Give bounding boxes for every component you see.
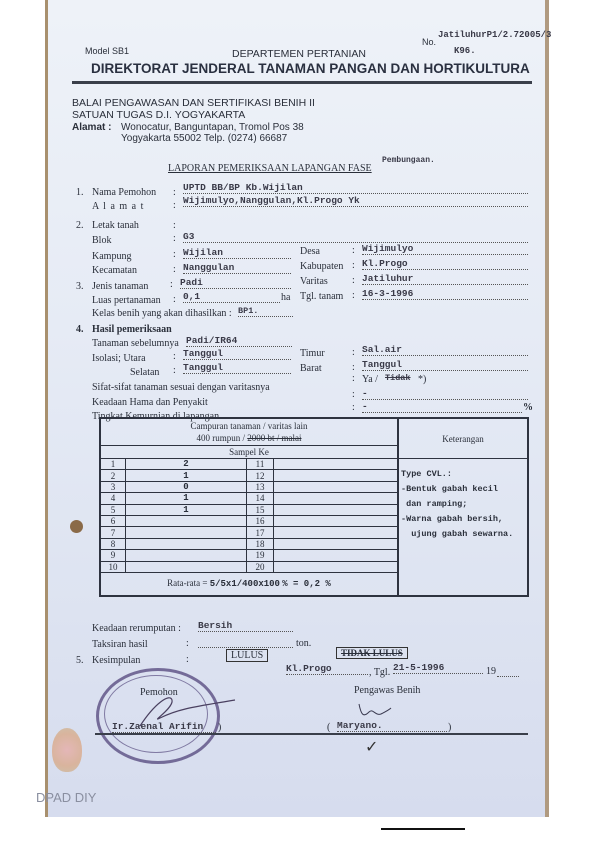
model-label: Model SB1	[85, 46, 129, 56]
taksiran-value-line	[198, 646, 293, 648]
kemurnian-value: -	[362, 401, 522, 413]
office-line1: BALAI PENGAWASAN DAN SERTIFIKASI BENIH I…	[72, 97, 315, 109]
rerumputan-label: Keadaan rerumputan :	[92, 623, 181, 634]
place-value: Kl.Progo	[286, 663, 368, 675]
sifat-ya-option: Ya /	[362, 374, 378, 385]
signature-rule	[95, 733, 528, 735]
selatan-value: Tanggul	[183, 362, 291, 374]
kelas-label: Kelas benih yang akan dihasilkan :	[92, 308, 232, 319]
department-title: DEPARTEMEN PERTANIAN	[232, 48, 366, 60]
kampung-label: Kampung	[92, 251, 131, 262]
jenis-tanaman-label: Jenis tanaman	[92, 281, 148, 292]
bottom-bar	[381, 828, 465, 830]
isolasi-utara-label: Isolasi; Utara	[92, 353, 146, 364]
directorate-title: DIREKTORAT JENDERAL TANAMAN PANGAN DAN H…	[91, 61, 530, 76]
paper-edge-left	[45, 0, 48, 817]
section-1-number: 1.	[76, 187, 84, 198]
office-line2: SATUAN TUGAS D.I. YOGYAKARTA	[72, 109, 245, 121]
punch-hole	[70, 520, 83, 533]
tgl-tanam-value: 16-3-1996	[362, 288, 528, 300]
section-3-number: 3.	[76, 281, 84, 292]
sifat-note: *)	[418, 374, 426, 385]
tidak-lulus-box: TIDAK LULUS	[336, 647, 408, 659]
checkmark-icon: ✓	[365, 737, 378, 757]
alamat-value: Wijimulyo,Nanggulan,Kl.Progo Yk	[183, 195, 528, 207]
section-2-number: 2.	[76, 220, 84, 231]
timur-label: Timur	[300, 348, 325, 359]
no-label: No.	[422, 37, 436, 47]
luas-value: 0,1	[183, 291, 280, 303]
pengawas-signature	[355, 702, 395, 722]
sample-table: Campuran tanaman / varitas lain 400 rump…	[99, 417, 529, 597]
tgl-tanam-label: Tgl. tanam	[300, 291, 343, 302]
address-line1: Wonocatur, Banguntapan, Tromol Pos 38	[121, 122, 304, 133]
isolasi-utara-value: Tanggul	[183, 348, 291, 360]
report-phase: Pembungaan.	[382, 156, 435, 165]
kecamatan-label: Kecamatan	[92, 265, 137, 276]
blok-value: G3	[183, 231, 528, 243]
hama-label: Keadaan Hama dan Penyakit	[92, 397, 208, 408]
section-5-number: 5.	[76, 655, 84, 666]
kampung-value: Wijilan	[183, 247, 291, 259]
header-rule	[72, 81, 532, 84]
table-row: 1211Type CVL.:-Bentuk gabah kecil dan ra…	[100, 459, 528, 470]
pengawas-label: Pengawas Benih	[354, 685, 420, 696]
date-value: 21-5-1996	[393, 662, 483, 674]
luas-unit: ha	[281, 292, 290, 303]
table-header-sampel: Sampel Ke	[100, 446, 398, 459]
nama-pemohon-value: UPTD BB/BP Kb.Wijilan	[183, 182, 528, 194]
lulus-box: LULUS	[226, 649, 268, 662]
pengawas-name: Maryano.	[337, 720, 447, 732]
luas-label: Luas pertanaman	[92, 295, 161, 306]
desa-value: Wijimulyo	[362, 243, 528, 255]
kecamatan-value: Nanggulan	[183, 262, 291, 274]
timur-value: Sal.air	[362, 344, 528, 356]
no-value-1: JatiluhurP1/2.72005/3	[438, 30, 551, 40]
tanaman-sebelumnya-label: Tanaman sebelumnya	[92, 338, 179, 349]
tgl-label: , Tgl.	[369, 667, 390, 678]
dpad-logo-icon	[52, 728, 82, 772]
hama-value: -	[362, 388, 528, 400]
desa-label: Desa	[300, 246, 320, 257]
report-title: LAPORAN PEMERIKSAAN LAPANGAN FASE	[168, 163, 372, 174]
letak-tanah-label: Letak tanah	[92, 220, 139, 231]
paper-edge-right	[545, 0, 549, 817]
address-label: Alamat :	[72, 122, 111, 133]
table-header-keterangan: Keterangan	[398, 418, 528, 459]
sifat-tidak-option: Tidak	[385, 373, 411, 383]
rerumputan-value: Bersih	[198, 620, 293, 632]
selatan-label: Selatan	[130, 367, 159, 378]
hasil-label: Hasil pemeriksaan	[92, 324, 172, 335]
kabupaten-value: Kl.Progo	[362, 258, 528, 270]
keterangan-cell: Type CVL.:-Bentuk gabah kecil dan rampin…	[398, 459, 528, 596]
barat-label: Barat	[300, 363, 322, 374]
kabupaten-label: Kabupaten	[300, 261, 343, 272]
blok-label: Blok	[92, 235, 111, 246]
kemurnian-unit: %	[523, 402, 533, 413]
kelas-value: BP1.	[238, 306, 293, 317]
rata-rata-row: Rata-rata = 5/5x1/400x100 % = 0,2 %	[100, 572, 398, 596]
nama-pemohon-label: Nama Pemohon	[92, 187, 156, 198]
address-line2: Yogyakarta 55002 Telp. (0274) 66687	[121, 133, 287, 144]
kesimpulan-label: Kesimpulan	[92, 655, 140, 666]
jenis-tanaman-value: Padi	[180, 277, 291, 289]
section-4-number: 4.	[76, 324, 84, 335]
tanaman-sebelumnya-value: Padi/IR64	[186, 335, 292, 347]
taksiran-unit: ton.	[296, 638, 311, 649]
varitas-label: Varitas	[300, 276, 328, 287]
alamat-label: A l a m a t	[92, 201, 144, 212]
pemohon-name: Ir.Zaenal Arifin	[112, 721, 216, 733]
sifat-label: Sifat-sifat tanaman sesuai dengan varita…	[92, 382, 270, 393]
table-header-campuran: Campuran tanaman / varitas lain 400 rump…	[100, 418, 398, 446]
watermark-text: DPAD DIY	[36, 790, 96, 805]
year-prefix: 19	[486, 666, 496, 677]
varitas-value: Jatiluhur	[362, 273, 528, 285]
barat-value: Tanggul	[362, 359, 528, 371]
no-value-2: K96.	[454, 46, 476, 56]
taksiran-label: Taksiran hasil	[92, 639, 148, 650]
